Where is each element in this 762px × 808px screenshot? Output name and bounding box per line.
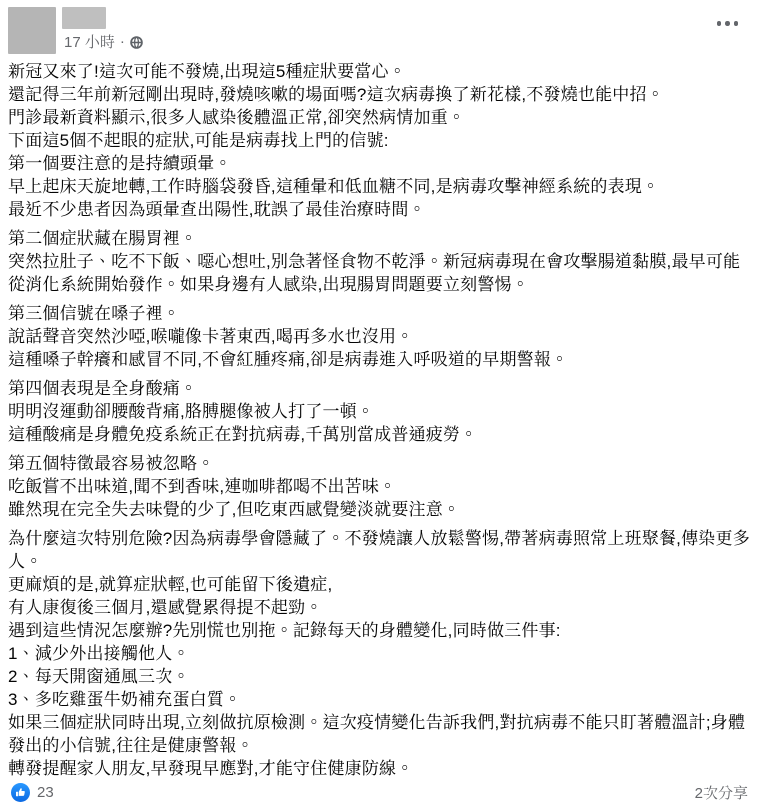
post-line: 雖然現在完全失去味覺的少了,但吃東西感覺變淡就要注意。: [8, 498, 755, 521]
post-line: 這種酸痛是身體免疫系統正在對抗病毒,千萬別當成普通疲勞。: [8, 423, 755, 446]
post-line: 最近不少患者因為頭暈查出陽性,耽誤了最佳治療時間。: [8, 198, 755, 221]
meta-separator: ·: [119, 33, 126, 50]
facebook-post-card: 17 小時 · 新冠又來了!這次可能不發燒,出現這5種症狀要當心。 還記得三年前…: [0, 0, 762, 808]
post-body: 新冠又來了!這次可能不發燒,出現這5種症狀要當心。 還記得三年前新冠剛出現時,發…: [0, 56, 762, 780]
post-line: 更麻煩的是,就算症狀輕,也可能留下後遺症,: [8, 573, 755, 596]
post-paragraph: 新冠又來了!這次可能不發燒,出現這5種症狀要當心。 還記得三年前新冠剛出現時,發…: [8, 60, 755, 221]
like-count[interactable]: 23: [37, 784, 54, 801]
post-line: 突然拉肚子、吃不下飯、噁心想吐,別急著怪食物不乾淨。新冠病毒現在會攻擊腸道黏膜,…: [8, 250, 755, 296]
post-meta: 17 小時 ·: [64, 31, 143, 52]
author-name-redacted[interactable]: [62, 7, 106, 29]
post-paragraph: 第二個症狀藏在腸胃裡。 突然拉肚子、吃不下飯、噁心想吐,別急著怪食物不乾淨。新冠…: [8, 227, 755, 296]
globe-icon: [130, 36, 143, 49]
post-line: 如果三個症狀同時出現,立刻做抗原檢測。這次疫情變化告訴我們,對抗病毒不能只盯著體…: [8, 711, 755, 757]
post-line: 門診最新資料顯示,很多人感染後體溫正常,卻突然病情加重。: [8, 106, 755, 129]
thumbs-up-icon[interactable]: [11, 783, 30, 802]
post-line: 2、每天開窗通風三次。: [8, 665, 755, 688]
post-paragraph: 第四個表現是全身酸痛。 明明沒運動卻腰酸背痛,胳膊腿像被人打了一頓。 這種酸痛是…: [8, 377, 755, 446]
post-line: 新冠又來了!這次可能不發燒,出現這5種症狀要當心。: [8, 60, 755, 83]
post-line: 這種嗓子幹癢和感冒不同,不會紅腫疼痛,卻是病毒進入呼吸道的早期警報。: [8, 348, 755, 371]
post-line: 第五個特徵最容易被忽略。: [8, 452, 755, 475]
post-paragraph: 為什麼這次特別危險?因為病毒學會隱藏了。不發燒讓人放鬆警惕,帶著病毒照常上班聚餐…: [8, 527, 755, 780]
avatar[interactable]: [8, 7, 56, 54]
post-paragraph: 第五個特徵最容易被忽略。 吃飯嘗不出味道,聞不到香味,連咖啡都喝不出苦味。 雖然…: [8, 452, 755, 521]
timestamp[interactable]: 17 小時: [64, 31, 115, 52]
post-line: 有人康復後三個月,還感覺累得提不起勁。: [8, 596, 755, 619]
post-line: 遇到這些情況怎麼辦?先別慌也別拖。記錄每天的身體變化,同時做三件事:: [8, 619, 755, 642]
post-line: 下面這5個不起眼的症狀,可能是病毒找上門的信號:: [8, 129, 755, 152]
post-header: 17 小時 ·: [0, 0, 762, 56]
post-line: 第一個要注意的是持續頭暈。: [8, 152, 755, 175]
post-line: 說話聲音突然沙啞,喉嚨像卡著東西,喝再多水也沒用。: [8, 325, 755, 348]
post-line: 第三個信號在嗓子裡。: [8, 302, 755, 325]
post-line: 早上起床天旋地轉,工作時腦袋發昏,這種暈和低血糖不同,是病毒攻擊神經系統的表現。: [8, 175, 755, 198]
post-line: 為什麼這次特別危險?因為病毒學會隱藏了。不發燒讓人放鬆警惕,帶著病毒照常上班聚餐…: [8, 527, 755, 573]
post-engagement-bar: 23 2次分享: [0, 779, 762, 805]
post-paragraph: 第三個信號在嗓子裡。 說話聲音突然沙啞,喉嚨像卡著東西,喝再多水也沒用。 這種嗓…: [8, 302, 755, 371]
post-line: 3、多吃雞蛋牛奶補充蛋白質。: [8, 688, 755, 711]
reactions-summary[interactable]: 23: [11, 783, 54, 802]
post-options-icon[interactable]: [715, 19, 741, 28]
post-line: 轉發提醒家人朋友,早發現早應對,才能守住健康防線。: [8, 757, 755, 780]
post-line: 第二個症狀藏在腸胃裡。: [8, 227, 755, 250]
post-line: 1、減少外出接觸他人。: [8, 642, 755, 665]
post-line: 還記得三年前新冠剛出現時,發燒咳嗽的場面嗎?這次病毒換了新花樣,不發燒也能中招。: [8, 83, 755, 106]
post-line: 第四個表現是全身酸痛。: [8, 377, 755, 400]
post-line: 明明沒運動卻腰酸背痛,胳膊腿像被人打了一頓。: [8, 400, 755, 423]
post-line: 吃飯嘗不出味道,聞不到香味,連咖啡都喝不出苦味。: [8, 475, 755, 498]
share-count[interactable]: 2次分享: [695, 782, 748, 803]
